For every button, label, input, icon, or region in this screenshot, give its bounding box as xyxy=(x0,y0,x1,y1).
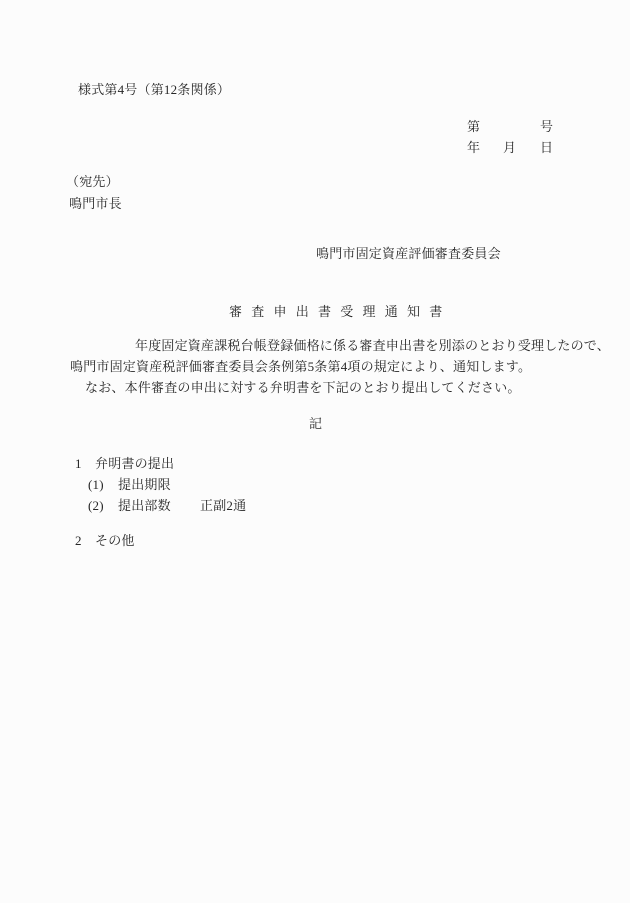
sender-committee-name: 鳴門市固定資産評価審査委員会 xyxy=(316,246,501,262)
date-month-label: 月 xyxy=(503,140,516,156)
list-item-1-sub-2-label: 提出部数 xyxy=(118,498,171,514)
body-line-3: なお、本件審査の申出に対する弁明書を下記のとおり提出してください。 xyxy=(85,380,521,396)
list-item-1-number: 1 xyxy=(75,456,82,472)
doc-number-suffix: 号 xyxy=(540,119,553,135)
form-number: 様式第4号（第12条関係） xyxy=(78,82,230,98)
list-item-1-label: 弁明書の提出 xyxy=(95,456,174,472)
body-line-1: 年度固定資産課税台帳登録価格に係る審査申出書を別添のとおり受理したので、 xyxy=(135,338,610,354)
list-item-1-sub-1-label: 提出期限 xyxy=(118,477,171,493)
list-item-2-number: 2 xyxy=(75,533,82,549)
record-marker: 記 xyxy=(309,416,322,432)
document-title: 審 査 申 出 書 受 理 通 知 書 xyxy=(229,304,445,320)
list-item-1-sub-2-number: (2) xyxy=(88,498,104,514)
addressee-label: （宛先） xyxy=(66,174,119,190)
document-page: 様式第4号（第12条関係） 第 号 年 月 日 （宛先） 鳴門市長 鳴門市固定資… xyxy=(0,0,630,903)
date-year-label: 年 xyxy=(467,140,480,156)
date-day-label: 日 xyxy=(540,140,553,156)
body-line-2: 鳴門市固定資産税評価審査委員会条例第5条第4項の規定により、通知します。 xyxy=(70,359,531,375)
doc-number-prefix: 第 xyxy=(467,119,480,135)
addressee-name: 鳴門市長 xyxy=(69,196,122,212)
list-item-1-sub-2-value: 正副2通 xyxy=(200,498,246,514)
list-item-2-label: その他 xyxy=(95,533,135,549)
list-item-1-sub-1-number: (1) xyxy=(88,477,104,493)
